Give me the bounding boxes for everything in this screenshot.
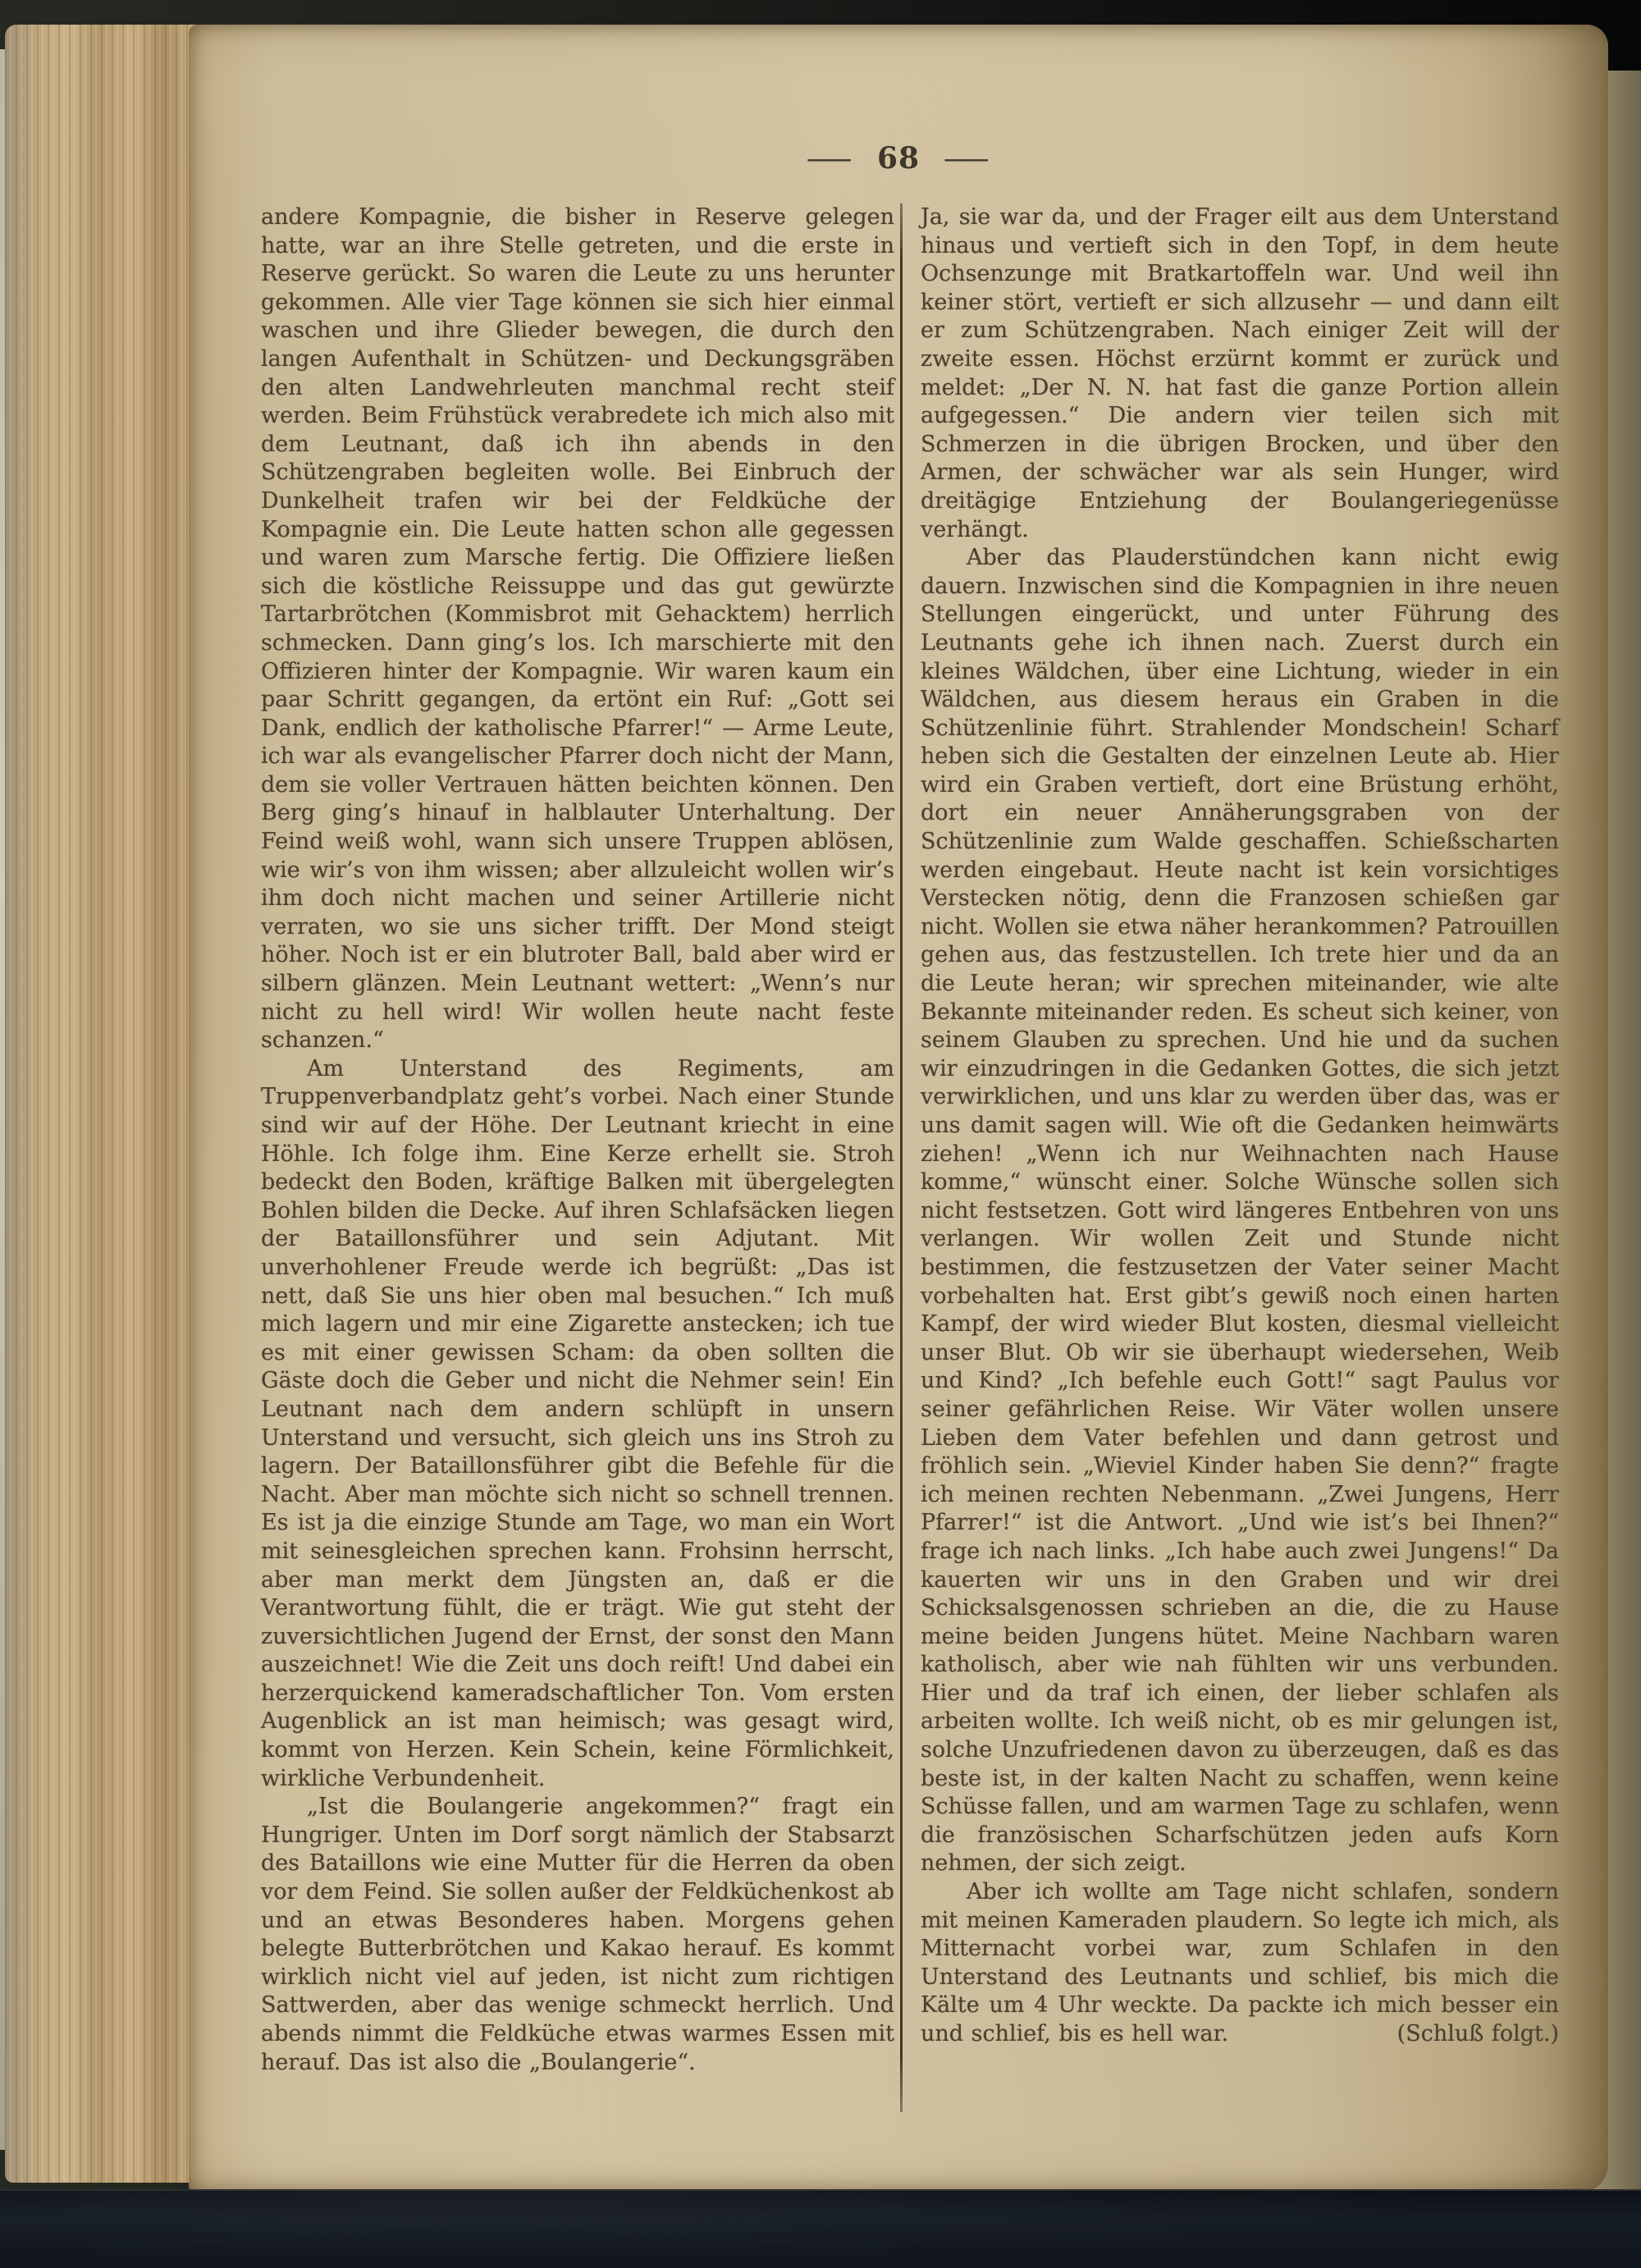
header-dash-right: — bbox=[942, 142, 990, 176]
paragraph: andere Kompagnie, die bisher in Reserve … bbox=[261, 203, 894, 1055]
text-column-right: Ja, sie war da, und der Frager eilt aus … bbox=[921, 203, 1559, 2049]
paragraph: Aber das Plauderstündchen kann nicht ewi… bbox=[921, 544, 1559, 1878]
page-number: 68 bbox=[877, 141, 920, 176]
book-cover-bottom bbox=[0, 2189, 1641, 2268]
paragraph: „Ist die Boulangerie angekommen?“ fragt … bbox=[261, 1793, 894, 2077]
paragraph: Am Unterstand des Regiments, am Truppenv… bbox=[261, 1055, 894, 1793]
paragraph: Ja, sie war da, und der Frager eilt aus … bbox=[921, 203, 1559, 544]
book-scan-photo: — 68 — andere Kompagnie, die bisher in R… bbox=[0, 0, 1641, 2268]
paragraph: Aber ich wollte am Tage nicht schlafen, … bbox=[921, 1878, 1559, 2049]
page-header: — 68 — bbox=[189, 141, 1608, 176]
column-divider bbox=[900, 203, 903, 2112]
text-column-left: andere Kompagnie, die bisher in Reserve … bbox=[261, 203, 894, 2077]
header-dash-left: — bbox=[806, 142, 854, 176]
closing-note: (Schluß folgt.) bbox=[1351, 2020, 1559, 2049]
book-page: — 68 — andere Kompagnie, die bisher in R… bbox=[189, 25, 1608, 2193]
